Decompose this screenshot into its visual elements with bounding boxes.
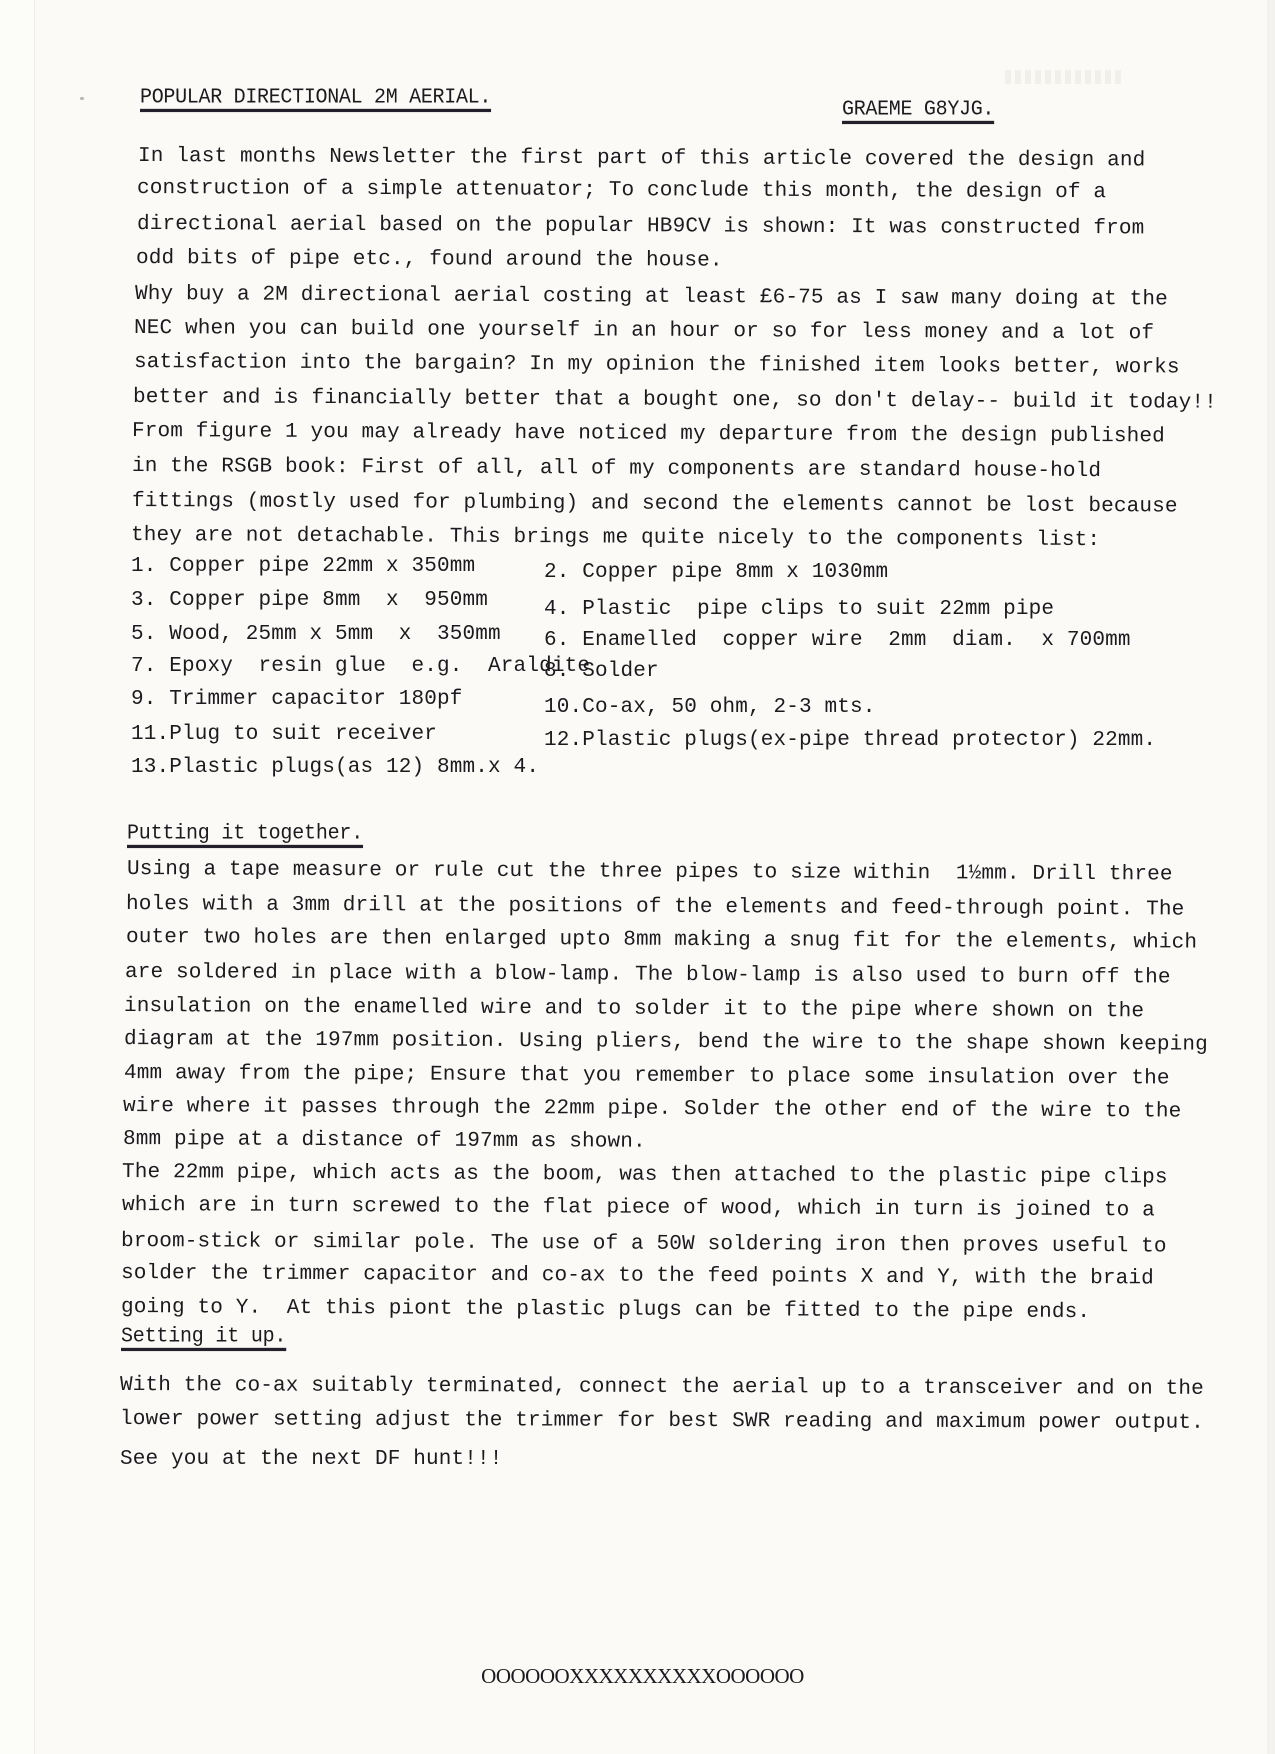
component-item: 2. Copper pipe 8mm x 1030mm: [544, 560, 888, 586]
text-line: diagram at the 197mm position. Using pli…: [124, 1027, 1208, 1059]
text-line: Using a tape measure or rule cut the thr…: [127, 857, 1173, 888]
text-line: The 22mm pipe, which acts as the boom, w…: [122, 1160, 1168, 1191]
text-line: in the RSGB book: First of all, all of m…: [132, 454, 1101, 485]
show-through-text: [1005, 70, 1125, 84]
component-item: 4. Plastic pipe clips to suit 22mm pipe: [544, 597, 1054, 623]
component-item: 11.Plug to suit receiver: [131, 722, 437, 748]
text-line: solder the trimmer capacitor and co-ax t…: [121, 1261, 1154, 1292]
component-item: 1. Copper pipe 22mm x 350mm: [131, 554, 475, 580]
paper-speck: [80, 97, 84, 100]
text-line: insulation on the enamelled wire and to …: [124, 994, 1144, 1025]
text-line: wire where it passes through the 22mm pi…: [123, 1094, 1182, 1126]
text-line: 4mm away from the pipe; Ensure that you …: [124, 1061, 1170, 1092]
text-line: In last months Newsletter the first part…: [138, 144, 1146, 174]
text-line: are soldered in place with a blow-lamp. …: [125, 960, 1171, 991]
scan-right-margin: [1267, 0, 1275, 1754]
component-item: 7. Epoxy resin glue e.g. Araldite: [131, 654, 590, 680]
text-line: directional aerial based on the popular …: [137, 212, 1145, 242]
text-line: 8mm pipe at a distance of 197mm as shown…: [123, 1127, 646, 1156]
article-title: POPULAR DIRECTIONAL 2M AERIAL.: [140, 84, 491, 112]
signoff-line: See you at the next DF hunt!!!: [120, 1447, 503, 1473]
component-item: 12.Plastic plugs(ex-pipe thread protecto…: [544, 728, 1156, 754]
component-item: 13.Plastic plugs(as 12) 8mm.x 4.: [131, 755, 539, 781]
text-line: better and is financially better that a …: [133, 385, 1217, 417]
text-line: which are in turn screwed to the flat pi…: [122, 1193, 1155, 1224]
text-line: broom-stick or similar pole. The use of …: [121, 1229, 1167, 1260]
text-line: construction of a simple attenuator; To …: [137, 176, 1106, 206]
text-line: holes with a 3mm drill at the positions …: [126, 892, 1185, 924]
component-item: 5. Wood, 25mm x 5mm x 350mm: [131, 622, 501, 648]
component-item: 3. Copper pipe 8mm x 950mm: [131, 588, 488, 614]
text-line: they are not detachable. This brings me …: [131, 523, 1100, 554]
text-line: outer two holes are then enlarged upto 8…: [126, 925, 1197, 957]
text-line: lower power setting adjust the trimmer f…: [120, 1407, 1204, 1437]
text-line: odd bits of pipe etc., found around the …: [136, 246, 723, 275]
text-line: From figure 1 you may already have notic…: [132, 419, 1165, 450]
component-item: 9. Trimmer capacitor 180pf: [131, 687, 463, 713]
text-line: NEC when you can build one yourself in a…: [134, 316, 1154, 347]
article-author: GRAEME G8YJG.: [842, 96, 994, 124]
section-heading-setup: Setting it up.: [121, 1323, 286, 1351]
component-item: 10.Co-ax, 50 ohm, 2-3 mts.: [544, 695, 876, 721]
component-item: 8. Solder: [544, 659, 659, 685]
text-line: satisfaction into the bargain? In my opi…: [134, 350, 1180, 381]
section-heading-assembly: Putting it together.: [127, 820, 363, 848]
text-line: Why buy a 2M directional aerial costing …: [135, 282, 1168, 313]
text-line: fittings (mostly used for plumbing) and …: [132, 489, 1178, 520]
text-line: With the co-ax suitably terminated, conn…: [120, 1373, 1204, 1403]
footer-divider: OOOOOOXXXXXXXXXXOOOOOO: [0, 1664, 1275, 1689]
component-item: 6. Enamelled copper wire 2mm diam. x 700…: [544, 628, 1131, 654]
text-line: going to Y. At this piont the plastic pl…: [121, 1295, 1090, 1326]
scan-left-margin: [0, 0, 35, 1754]
